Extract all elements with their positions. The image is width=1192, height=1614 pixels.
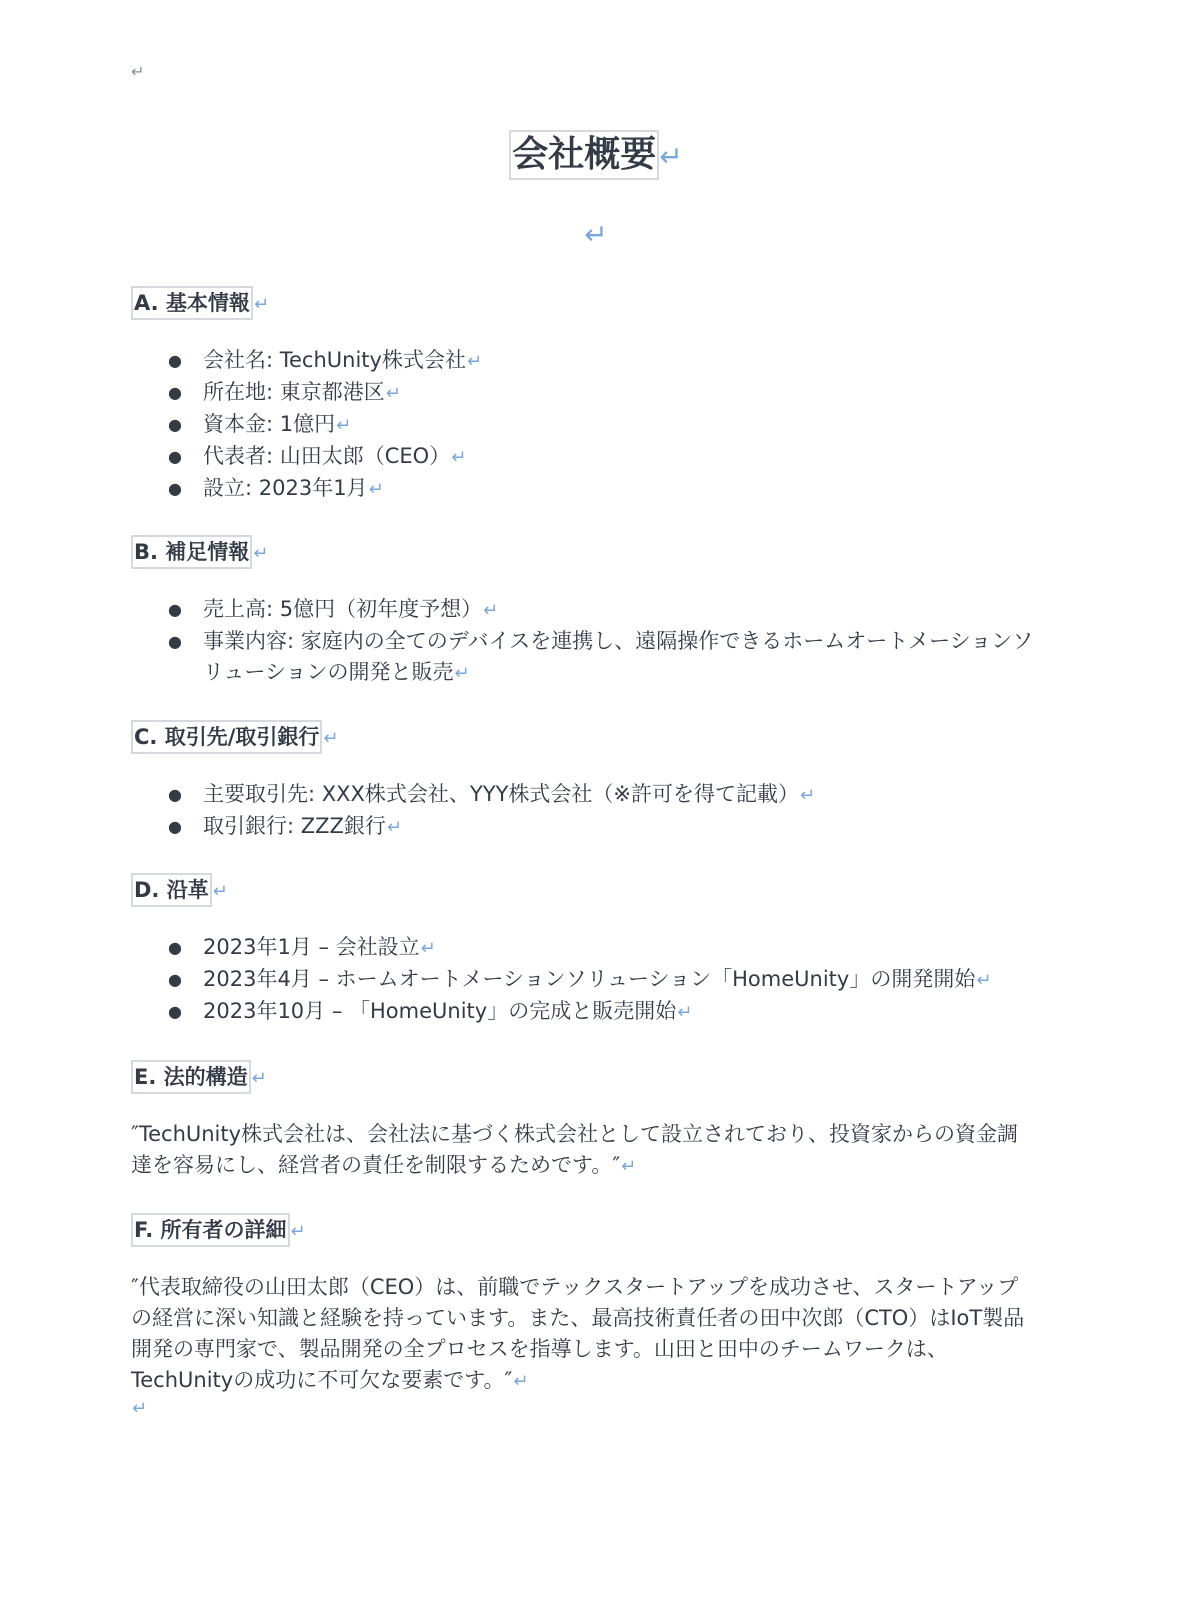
list-item: ●取引銀行: ZZZ銀行↵ xyxy=(168,811,1038,843)
paragraph-mark-icon: ↵ xyxy=(467,351,482,372)
owner-details-paragraph: ″代表取締役の山田太郎（CEO）は、前職でテックスタートアップを成功させ、スター… xyxy=(131,1272,1031,1397)
section-heading-e: E. 法的構造↵ xyxy=(131,1060,267,1094)
page-title[interactable]: 会社概要 xyxy=(509,130,659,180)
section-d-list: ●2023年1月 – 会社設立↵ ●2023年4月 – ホームオートメーションソ… xyxy=(168,932,1038,1028)
bullet-icon: ● xyxy=(168,441,182,472)
paragraph-mark-icon: ↵ xyxy=(291,1221,306,1242)
section-heading-text[interactable]: A. 基本情報 xyxy=(131,286,253,320)
paragraph-mark-icon: ↵ xyxy=(213,881,228,902)
list-item: ●主要取引先: XXX株式会社、YYY株式会社（※許可を得て記載）↵ xyxy=(168,779,1038,811)
list-item: ●設立: 2023年1月↵ xyxy=(168,473,1038,505)
paragraph-mark-icon: ↵ xyxy=(800,785,815,806)
list-item: ●2023年1月 – 会社設立↵ xyxy=(168,932,1038,964)
bullet-icon: ● xyxy=(168,932,182,963)
legal-structure-paragraph: ″TechUnity株式会社は、会社法に基づく株式会社として設立されており、投資… xyxy=(131,1119,1031,1182)
bullet-icon: ● xyxy=(168,996,182,1027)
paragraph-mark-icon: ↵ xyxy=(386,383,401,404)
bullet-icon: ● xyxy=(168,626,182,657)
list-item: ●代表者: 山田太郎（CEO）↵ xyxy=(168,441,1038,473)
list-item: ●所在地: 東京都港区↵ xyxy=(168,377,1038,409)
section-heading-c: C. 取引先/取引銀行↵ xyxy=(131,720,338,754)
paragraph-mark-icon: ↵ xyxy=(336,415,351,436)
section-heading-text[interactable]: C. 取引先/取引銀行 xyxy=(131,720,322,754)
bullet-icon: ● xyxy=(168,409,182,440)
bullet-icon: ● xyxy=(168,811,182,842)
paragraph-mark-icon: ↵ xyxy=(387,817,402,838)
paragraph-mark-icon: ↵ xyxy=(513,1371,528,1392)
section-c-list: ●主要取引先: XXX株式会社、YYY株式会社（※許可を得て記載）↵ ●取引銀行… xyxy=(168,779,1038,843)
paragraph-mark-icon: ↵ xyxy=(252,1068,267,1089)
section-heading-text[interactable]: E. 法的構造 xyxy=(131,1060,251,1094)
bullet-icon: ● xyxy=(168,345,182,376)
paragraph-mark-icon: ↵ xyxy=(976,970,991,991)
paragraph-mark-icon: ↵ xyxy=(483,600,498,621)
paragraph-mark-icon: ↵ xyxy=(132,1398,147,1419)
list-item: ●2023年10月 – 「HomeUnity」の完成と販売開始↵ xyxy=(168,996,1038,1028)
paragraph-mark-icon: ↵ xyxy=(659,140,682,173)
paragraph-mark-icon: ↵ xyxy=(421,938,436,959)
bullet-icon: ● xyxy=(168,473,182,504)
paragraph-mark-icon: ↵ xyxy=(323,728,338,749)
section-heading-b: B. 補足情報↵ xyxy=(131,535,268,569)
section-heading-text[interactable]: B. 補足情報 xyxy=(131,535,252,569)
section-heading-text[interactable]: D. 沿革 xyxy=(131,873,212,907)
paragraph-mark-icon: ↵ xyxy=(621,1156,636,1177)
paragraph-mark-icon: ↵ xyxy=(254,294,269,315)
paragraph-mark-icon: ↵ xyxy=(677,1002,692,1023)
document-page: ↵ 会社概要↵ ↵ A. 基本情報↵ ●会社名: TechUnity株式会社↵ … xyxy=(0,0,1192,1614)
bullet-icon: ● xyxy=(168,377,182,408)
list-item: ●資本金: 1億円↵ xyxy=(168,409,1038,441)
bullet-icon: ● xyxy=(168,779,182,810)
section-a-list: ●会社名: TechUnity株式会社↵ ●所在地: 東京都港区↵ ●資本金: … xyxy=(168,345,1038,505)
title-block: 会社概要↵ xyxy=(0,130,1192,180)
paragraph-mark-icon: ↵ xyxy=(0,218,1192,251)
bullet-icon: ● xyxy=(168,964,182,995)
list-item: ●2023年4月 – ホームオートメーションソリューション「HomeUnity」… xyxy=(168,964,1038,996)
list-item: ●会社名: TechUnity株式会社↵ xyxy=(168,345,1038,377)
section-heading-f: F. 所有者の詳細↵ xyxy=(131,1213,306,1247)
bullet-icon: ● xyxy=(168,594,182,625)
paragraph-mark-icon: ↵ xyxy=(455,663,470,684)
paragraph-mark-icon: ↵ xyxy=(253,543,268,564)
paragraph-mark-icon: ↵ xyxy=(131,62,144,81)
list-item: ●事業内容: 家庭内の全てのデバイスを連携し、遠隔操作できるホームオートメーショ… xyxy=(168,626,1038,689)
paragraph-mark-icon: ↵ xyxy=(451,447,466,468)
list-item: ●売上高: 5億円（初年度予想）↵ xyxy=(168,594,1038,626)
section-heading-text[interactable]: F. 所有者の詳細 xyxy=(131,1213,290,1247)
section-b-list: ●売上高: 5億円（初年度予想）↵ ●事業内容: 家庭内の全てのデバイスを連携し… xyxy=(168,594,1038,689)
section-heading-d: D. 沿革↵ xyxy=(131,873,228,907)
paragraph-mark-icon: ↵ xyxy=(369,479,384,500)
section-heading-a: A. 基本情報↵ xyxy=(131,286,269,320)
